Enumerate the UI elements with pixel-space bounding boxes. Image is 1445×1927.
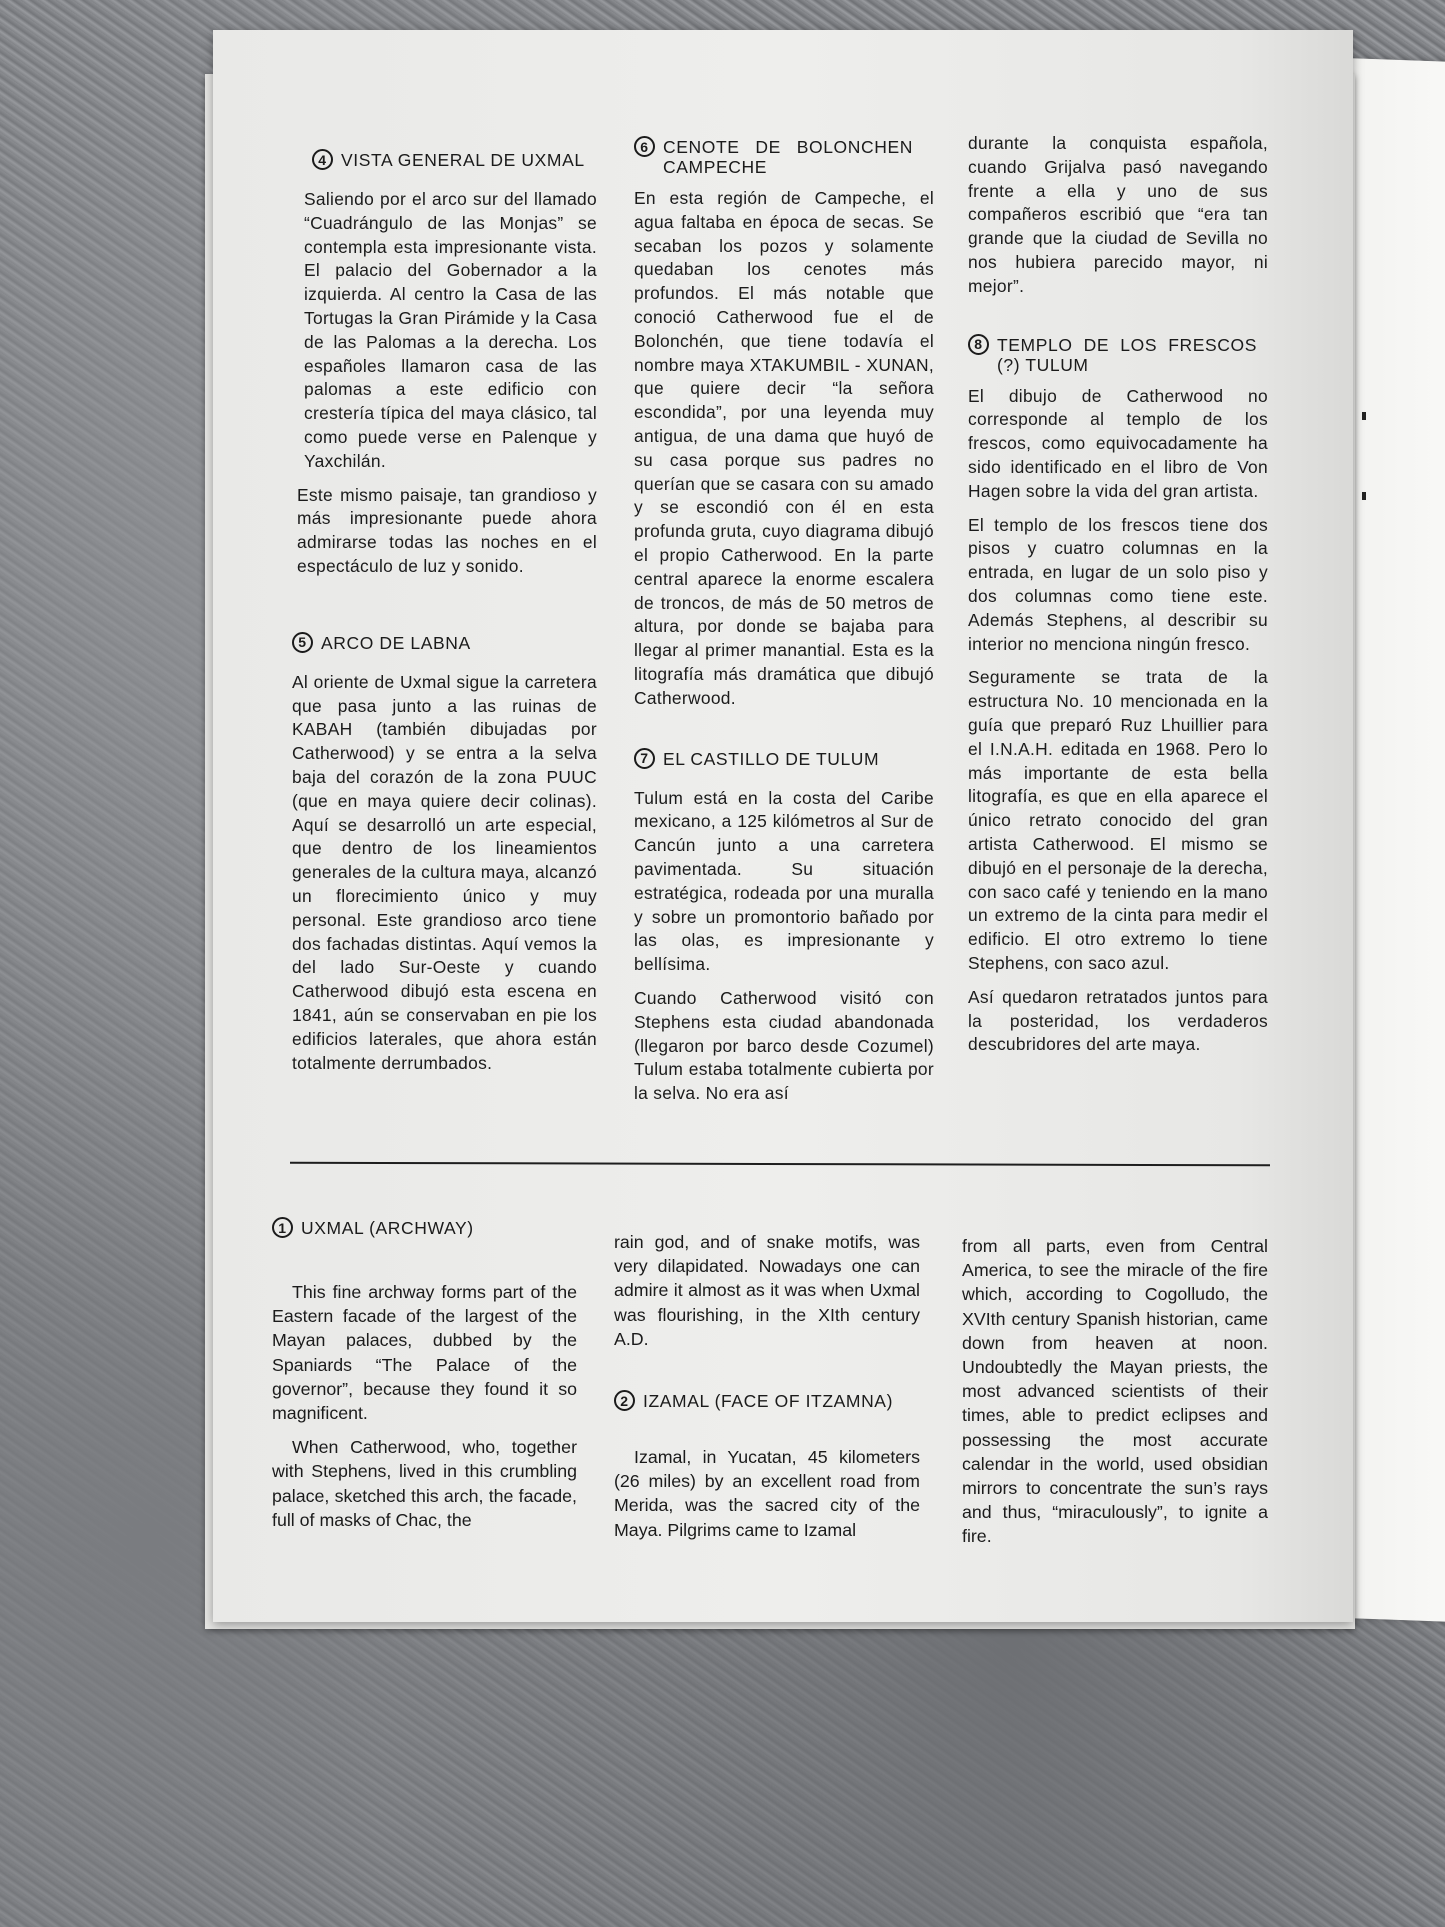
continuation-paragraph: from all parts, even from Central Americ… — [962, 1234, 1268, 1549]
number-badge: 8 — [968, 334, 989, 355]
section-heading-5: 5 ARCO DE LABNA — [292, 633, 597, 653]
section-heading-1: 1 UXMAL (ARCHWAY) — [272, 1218, 577, 1238]
section-title: UXMAL (ARCHWAY) — [301, 1218, 474, 1238]
section-title: VISTA GENERAL DE UXMAL — [341, 150, 585, 170]
paragraph: When Catherwood, who, together with Step… — [272, 1435, 577, 1532]
binding-stitch — [1362, 492, 1366, 500]
section-title: CENOTE DE BOLONCHEN CAMPECHE — [663, 137, 913, 177]
continuation-paragraph: durante la conquista española, cuando Gr… — [968, 132, 1268, 299]
number-badge: 7 — [634, 748, 655, 769]
paragraph: Tulum está en la costa del Caribe mexica… — [634, 787, 934, 977]
paragraph: Saliendo por el arco sur del llamado “Cu… — [292, 188, 597, 474]
spanish-column-3: durante la conquista española, cuando Gr… — [968, 132, 1268, 1067]
number-badge: 4 — [312, 149, 333, 170]
number-badge: 2 — [614, 1390, 635, 1411]
section-heading-7: 7 EL CASTILLO DE TULUM — [634, 749, 934, 769]
section-title: ARCO DE LABNA — [321, 633, 471, 653]
paragraph: El dibujo de Catherwood no corresponde a… — [968, 385, 1268, 504]
number-badge: 1 — [272, 1217, 293, 1238]
paragraph: El templo de los frescos tiene dos pisos… — [968, 514, 1268, 657]
section-heading-2: 2 IZAMAL (FACE OF ITZAMNA) — [614, 1391, 920, 1411]
number-badge: 5 — [292, 632, 313, 653]
paragraph: This fine archway forms part of the East… — [272, 1280, 577, 1425]
paragraph: Cuando Catherwood visitó con Stephens es… — [634, 987, 934, 1106]
section-title: EL CASTILLO DE TULUM — [663, 749, 879, 769]
english-column-1: 1 UXMAL (ARCHWAY) This fine archway form… — [272, 1218, 577, 1542]
number-badge: 6 — [634, 136, 655, 157]
spanish-column-2: 6 CENOTE DE BOLONCHEN CAMPECHE En esta r… — [634, 137, 934, 1116]
continuation-paragraph: rain god, and of snake motifs, was very … — [614, 1230, 920, 1351]
paragraph: Este mismo paisaje, tan grandioso y más … — [292, 484, 597, 579]
section-title: IZAMAL (FACE OF ITZAMNA) — [643, 1391, 893, 1411]
paragraph: En esta región de Campeche, el agua falt… — [634, 187, 934, 711]
spanish-column-1: 4 VISTA GENERAL DE UXMAL Saliendo por el… — [292, 150, 597, 1085]
paragraph: Izamal, in Yucatan, 45 kilometers (26 mi… — [614, 1445, 920, 1542]
english-column-3: from all parts, even from Central Americ… — [962, 1234, 1268, 1559]
section-heading-6: 6 CENOTE DE BOLONCHEN CAMPECHE — [634, 137, 934, 177]
paragraph: Seguramente se trata de la estructura No… — [968, 666, 1268, 975]
section-heading-4: 4 VISTA GENERAL DE UXMAL — [312, 150, 597, 170]
english-column-2: rain god, and of snake motifs, was very … — [614, 1230, 920, 1552]
paragraph: Al oriente de Uxmal sigue la carretera q… — [292, 671, 597, 1076]
section-heading-8: 8 TEMPLO DE LOS FRESCOS (?) TULUM — [968, 335, 1268, 375]
binding-stitch — [1362, 412, 1366, 420]
paragraph: Así quedaron retratados juntos para la p… — [968, 986, 1268, 1057]
section-title: TEMPLO DE LOS FRESCOS (?) TULUM — [997, 335, 1257, 375]
